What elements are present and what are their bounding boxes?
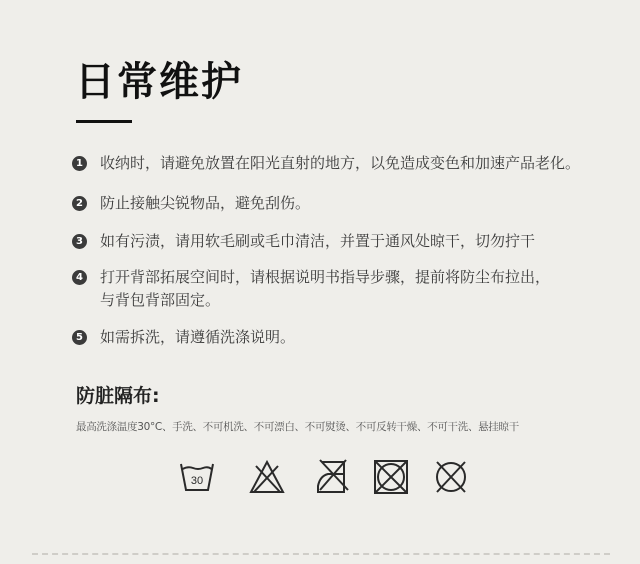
dust-cloth-heading: 防脏隔布: — [76, 381, 160, 408]
item-text: 打开背部拓展空间时，请根据说明书指导步骤，提前将防尘布拉出， — [100, 266, 550, 289]
list-item: 3 如有污渍，请用软毛刷或毛巾清洁，并置于通风处晾干，切勿拧干 — [72, 230, 535, 253]
number-badge: 1 — [72, 156, 87, 171]
no-dry-clean-icon — [432, 458, 470, 496]
wash-temp-label: 30 — [191, 475, 203, 487]
item-text: 收纳时，请避免放置在阳光直射的地方，以免造成变色和加速产品老化。 — [100, 154, 580, 172]
page-title: 日常维护 — [75, 58, 243, 106]
number-badge: 5 — [72, 330, 87, 345]
list-item: 2 防止接触尖锐物品，避免刮伤。 — [72, 192, 310, 215]
list-item: 5 如需拆洗，请遵循洗涤说明。 — [72, 326, 295, 349]
number-badge: 2 — [72, 196, 87, 211]
care-icons: 30 — [178, 458, 478, 496]
list-item: 4 打开背部拓展空间时，请根据说明书指导步骤，提前将防尘布拉出， 与背包背部固定… — [72, 266, 550, 312]
no-bleach-icon — [248, 458, 286, 496]
care-instructions-text: 最高洗涤温度30°C、手洗、不可机洗、不可漂白、不可熨烫、不可反转干燥、不可干洗… — [76, 419, 519, 434]
item-text: 如需拆洗，请遵循洗涤说明。 — [100, 328, 295, 346]
wash-30-icon: 30 — [178, 458, 216, 496]
item-text: 如有污渍，请用软毛刷或毛巾清洁，并置于通风处晾干，切勿拧干 — [100, 232, 535, 250]
number-badge: 3 — [72, 234, 87, 249]
dashed-divider — [32, 553, 610, 555]
number-badge: 4 — [72, 270, 87, 285]
title-underline — [76, 120, 132, 123]
list-item: 1 收纳时，请避免放置在阳光直射的地方，以免造成变色和加速产品老化。 — [72, 152, 580, 175]
item-text: 防止接触尖锐物品，避免刮伤。 — [100, 194, 310, 212]
item-text-line2: 与背包背部固定。 — [100, 289, 550, 312]
no-iron-icon — [314, 458, 352, 496]
no-tumble-dry-icon — [372, 458, 410, 496]
